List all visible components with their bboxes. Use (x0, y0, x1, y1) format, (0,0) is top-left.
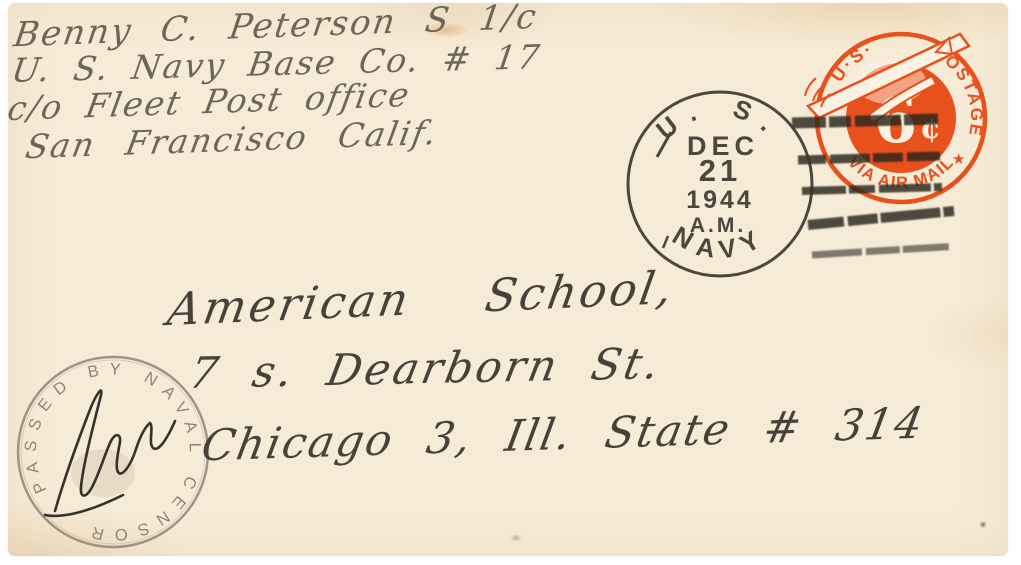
postmark-year: 1944 (686, 186, 754, 214)
recipient-address-line: 7 s. Dearborn St. (185, 339, 666, 399)
postmark-tick-mark (663, 236, 668, 248)
scanned-envelope-page: U·S· POSTAGE VIA AIR MAIL ★ 6¢ (0, 0, 1021, 565)
postmark-day: 21 (699, 153, 741, 188)
